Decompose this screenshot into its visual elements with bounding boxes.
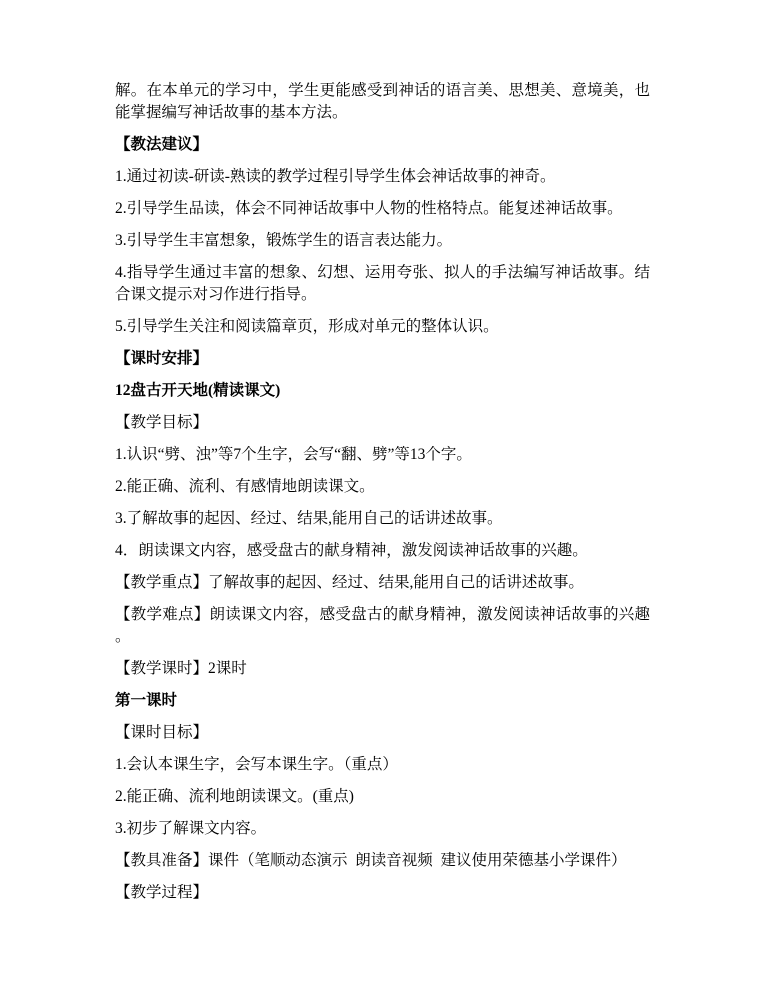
heading-period-objectives: 【课时目标】: [115, 722, 650, 744]
list-item-objective-4: 4．朗读课文内容，感受盘古的献身精神，激发阅读神话故事的兴趣。: [115, 540, 650, 562]
teaching-periods: 【教学课时】2课时: [115, 658, 650, 680]
list-item-teaching-suggestion-2: 2.引导学生品读，体会不同神话故事中人物的性格特点。能复述神话故事。: [115, 198, 650, 220]
heading-lesson-schedule: 【课时安排】: [115, 348, 650, 370]
heading-first-period: 第一课时: [115, 690, 650, 712]
teaching-aids: 【教具准备】课件（笔顺动态演示 朗读音视频 建议使用荣德基小学课件）: [115, 850, 650, 872]
heading-teaching-process: 【教学过程】: [115, 882, 650, 904]
list-item-period-objective-3: 3.初步了解课文内容。: [115, 818, 650, 840]
list-item-period-objective-1: 1.会认本课生字，会写本课生字。（重点）: [115, 754, 650, 776]
body-text-continuation: 解。在本单元的学习中，学生更能感受到神话的语言美、思想美、意境美，也能掌握编写神…: [115, 80, 650, 124]
heading-teaching-objectives: 【教学目标】: [115, 412, 650, 434]
list-item-objective-1: 1.认识“劈、浊”等7个生字，会写“翻、劈”等13个字。: [115, 444, 650, 466]
list-item-objective-3: 3.了解故事的起因、经过、结果,能用自己的话讲述故事。: [115, 508, 650, 530]
teaching-key-point: 【教学重点】了解故事的起因、经过、结果,能用自己的话讲述故事。: [115, 572, 650, 594]
heading-teaching-method-suggestions: 【教法建议】: [115, 134, 650, 156]
list-item-teaching-suggestion-1: 1.通过初读-研读-熟读的教学过程引导学生体会神话故事的神奇。: [115, 166, 650, 188]
document-page: 解。在本单元的学习中，学生更能感受到神话的语言美、思想美、意境美，也能掌握编写神…: [0, 0, 770, 1000]
list-item-teaching-suggestion-5: 5.引导学生关注和阅读篇章页，形成对单元的整体认识。: [115, 316, 650, 338]
document-body: 解。在本单元的学习中，学生更能感受到神话的语言美、思想美、意境美，也能掌握编写神…: [115, 80, 650, 904]
list-item-period-objective-2: 2.能正确、流利地朗读课文。(重点): [115, 786, 650, 808]
list-item-objective-2: 2.能正确、流利、有感情地朗读课文。: [115, 476, 650, 498]
teaching-difficult-point: 【教学难点】朗读课文内容，感受盘古的献身精神，激发阅读神话故事的兴趣。: [115, 604, 650, 648]
list-item-teaching-suggestion-3: 3.引导学生丰富想象，锻炼学生的语言表达能力。: [115, 230, 650, 252]
list-item-teaching-suggestion-4: 4.指导学生通过丰富的想象、幻想、运用夸张、拟人的手法编写神话故事。结合课文提示…: [115, 262, 650, 306]
lesson-title: 12盘古开天地(精读课文): [115, 380, 650, 402]
